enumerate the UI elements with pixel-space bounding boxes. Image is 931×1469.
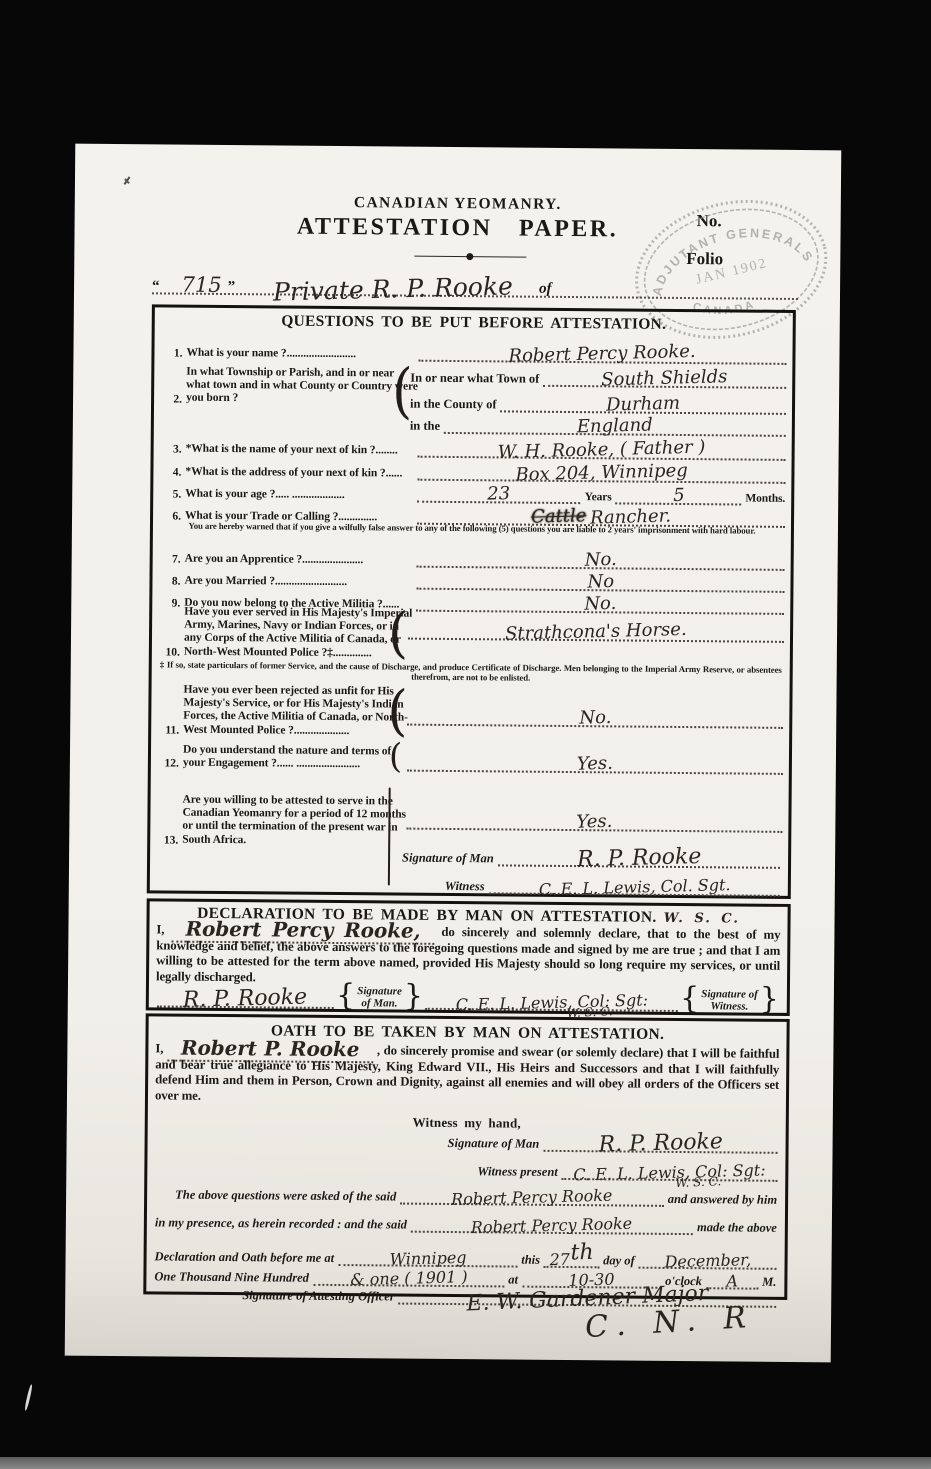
oath-signature-row: Signature of Man R. P. Rooke — [448, 1131, 778, 1154]
declaration-witness-signature: C. E. L. Lewis, Col: Sgt: W. S. C. — [425, 990, 678, 1012]
witness-row: Witness C. E. L. Lewis, Col. Sgt. — [445, 874, 780, 897]
question-8: 8. Are you Married ?....................… — [160, 567, 784, 592]
question-7: 7. Are you an Apprentice ?..............… — [161, 545, 785, 570]
answer-5-months: 5 — [616, 484, 742, 505]
answer-3: W. H. Rooke, ( Father ) — [418, 438, 786, 461]
answer-11: No. — [407, 706, 783, 729]
declaration-signatures: R. P. Rooke { Signatureof Man. } C. E. L… — [157, 981, 779, 1012]
film-scratch-mark — [24, 1384, 33, 1411]
witness-present-signature: C. E. L. Lewis, Col: Sgt: W. S. C. — [562, 1160, 778, 1182]
in-my-presence-line: in my presence, as herein recorded : and… — [155, 1210, 777, 1235]
close-quote: ” — [228, 281, 236, 293]
question-2-country: in the England — [410, 414, 786, 437]
attestation-paper-page: CANADIAN YEOMANRY. ATTESTATION PAPER. No… — [65, 144, 842, 1363]
place-value: Winnipeg — [338, 1246, 517, 1268]
man-signature: R. P. Rooke — [498, 846, 780, 868]
question-2-town: In or near what Town of South Shields — [410, 366, 786, 389]
question-11-brace: ( — [387, 684, 408, 739]
said-name-1: Robert Percy Rooke — [400, 1185, 664, 1207]
discharge-footnote: ‡ If so, state particulars of former Ser… — [160, 659, 782, 684]
questions-section: QUESTIONS TO BE PUT BEFORE ATTESTATION. … — [147, 304, 796, 899]
question-3: 3. *What is the name of your next of kin… — [162, 435, 786, 460]
answer-10: Strathcona's Horse. — [408, 620, 784, 643]
declaration-section: DECLARATION TO BE MADE BY MAN ON ATTESTA… — [146, 898, 791, 1016]
answer-8: No — [416, 570, 784, 593]
answer-4: Box 204, Winnipeg — [417, 461, 785, 484]
oath-body: I, Robert P. Rooke , do sincerely promis… — [155, 1041, 780, 1109]
question-10-brace: ( — [388, 606, 409, 661]
answer-13: Yes. — [406, 810, 782, 833]
scratched-word: Cattle — [531, 510, 587, 523]
scan-bottom-strip — [0, 1457, 931, 1469]
witness-signature: C. E. L. Lewis, Col. Sgt. — [489, 874, 780, 897]
answer-5-years: 23 — [417, 483, 581, 504]
month-value: December, — [639, 1249, 777, 1270]
question-4: 4. *What is the address of your next of … — [161, 458, 785, 483]
pen-mark — [123, 176, 132, 185]
answer-1: Robert Percy Rooke. — [418, 342, 786, 365]
regimental-number: 715 — [182, 277, 222, 293]
oath-section: OATH TO BE TAKEN BY MAN ON ATTESTATION. … — [143, 1013, 789, 1300]
question-5: 5. What is your age ?..... .............… — [161, 480, 785, 505]
questions-title: QUESTIONS TO BE PUT BEFORE ATTESTATION. — [155, 311, 793, 335]
question-2-county: in the County of Durham — [410, 392, 786, 415]
question-13-brace — [388, 787, 391, 885]
questions-asked-line: The above questions were asked of the sa… — [175, 1183, 777, 1208]
rank-and-name: Private R. P. Rooke — [273, 277, 513, 301]
signature-of-man-row: Signature of Man R. P. Rooke — [402, 846, 780, 869]
question-1: 1. What is your name ?..................… — [162, 339, 786, 364]
answer-12: Yes. — [407, 752, 783, 775]
of-label: of — [539, 283, 552, 296]
declaration-man-signature: R. P. Rooke — [157, 987, 334, 1009]
answer-7: No. — [417, 548, 785, 571]
open-quote: “ — [152, 280, 160, 292]
regimental-number-line: “ 715 ” Private R. P. Rooke of — [152, 256, 798, 300]
scanned-photo: { "colors":{"paper":"#f1efe9","ink":"#1b… — [0, 0, 931, 1469]
oath-man-signature: R. P. Rooke — [543, 1132, 777, 1154]
witness-present-row: Witness present C. E. L. Lewis, Col: Sgt… — [477, 1159, 777, 1182]
day-value: 27th — [544, 1242, 599, 1269]
clerk-initials: W. S. C. — [664, 911, 740, 927]
said-name-2: Robert Percy Rooke — [411, 1213, 693, 1235]
question-12-brace: ( — [389, 739, 403, 773]
